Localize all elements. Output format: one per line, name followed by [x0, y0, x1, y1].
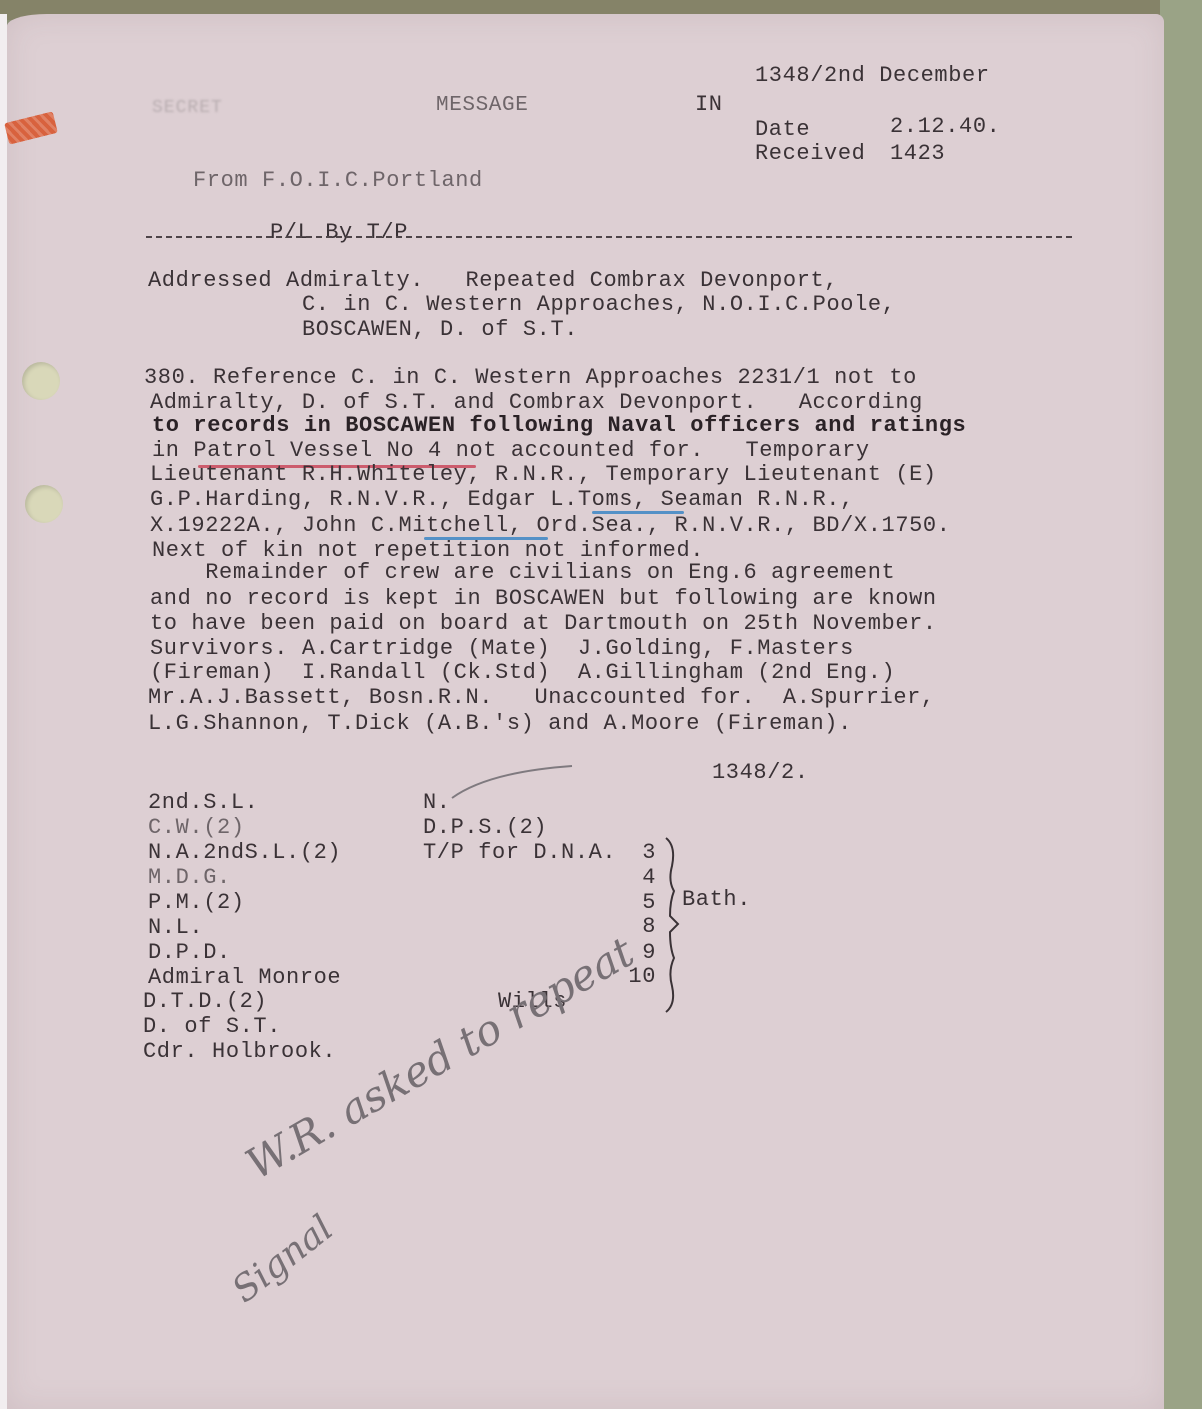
body-line: Survivors. A.Cartridge (Mate) J.Golding,…	[150, 636, 854, 661]
paper-edge	[0, 14, 7, 1409]
addressed-line: BOSCAWEN, D. of S.T.	[302, 317, 578, 342]
footer-reference: 1348/2.	[712, 760, 809, 785]
header-rule	[146, 236, 1072, 238]
reference-number: 1348/2nd December	[755, 63, 990, 88]
message-title: MESSAGE	[436, 93, 528, 118]
distribution-item: N.A.2ndS.L.(2)	[148, 840, 341, 865]
body-line: to have been paid on board at Dartmouth …	[150, 611, 937, 636]
received-label: Received	[755, 141, 865, 166]
distribution-item: 2nd.S.L.	[148, 790, 258, 815]
classification-stamp: SECRET	[152, 96, 223, 121]
distribution-number: 3	[636, 840, 656, 865]
date-value: 2.12.40.	[890, 114, 1000, 139]
direction-label: IN	[695, 92, 723, 117]
body-line: 380. Reference C. in C. Western Approach…	[144, 365, 917, 390]
distribution-item: Admiral Monroe	[148, 965, 341, 990]
distribution-n: N.	[423, 790, 451, 815]
distribution-number: 4	[636, 865, 656, 890]
distribution-item: Cdr. Holbrook.	[143, 1039, 336, 1064]
distribution-item: P.M.(2)	[148, 890, 245, 915]
body-line: to records in BOSCAWEN following Naval o…	[152, 413, 966, 438]
punch-hole	[25, 485, 63, 523]
distribution-item: D. of S.T.	[143, 1014, 281, 1039]
body-line: L.G.Shannon, T.Dick (A.B.'s) and A.Moore…	[148, 711, 852, 736]
body-line: Remainder of crew are civilians on Eng.6…	[150, 560, 895, 585]
distribution-number: 5	[636, 890, 656, 915]
body-line: Lieutenant R.H.Whiteley, R.N.R., Tempora…	[150, 462, 937, 487]
body-line: Admiralty, D. of S.T. and Combrax Devonp…	[150, 390, 923, 415]
from-line: From F.O.I.C.Portland	[193, 168, 483, 193]
body-line: and no record is kept in BOSCAWEN but fo…	[150, 586, 937, 611]
grouping-brace	[662, 836, 682, 1014]
body-line: (Fireman) I.Randall (Ck.Std) A.Gillingha…	[150, 660, 895, 685]
addressed-line: C. in C. Western Approaches, N.O.I.C.Poo…	[302, 292, 896, 317]
body-line: G.P.Harding, R.N.V.R., Edgar L.Toms, Sea…	[150, 487, 854, 512]
background-right	[1160, 0, 1202, 1409]
body-line: in Patrol Vessel No 4 not accounted for.…	[152, 438, 870, 463]
punch-hole	[22, 362, 60, 400]
distribution-bath: Bath.	[682, 887, 751, 912]
distribution-item: C.W.(2)	[148, 815, 245, 840]
date-label: Date	[755, 117, 810, 142]
body-line: Mr.A.J.Bassett, Bosn.R.N. Unaccounted fo…	[148, 685, 935, 710]
distribution-item: N.L.	[148, 915, 203, 940]
distribution-item: M.D.G.	[148, 865, 231, 890]
pencil-stroke	[448, 762, 578, 802]
received-value: 1423	[890, 141, 945, 166]
distribution-number: 8	[636, 914, 656, 939]
routing-line: P/L By T/P	[270, 220, 408, 245]
distribution-number: 9	[636, 940, 656, 965]
distribution-item: D.T.D.(2)	[143, 989, 267, 1014]
distribution-item: D.P.D.	[148, 940, 231, 965]
distribution-tp-for: T/P for D.N.A.	[423, 840, 616, 865]
body-line: X.19222A., John C.Mitchell, Ord.Sea., R.…	[150, 513, 951, 538]
addressed-line: Addressed Admiralty. Repeated Combrax De…	[148, 268, 838, 293]
distribution-dps: D.P.S.(2)	[423, 815, 547, 840]
